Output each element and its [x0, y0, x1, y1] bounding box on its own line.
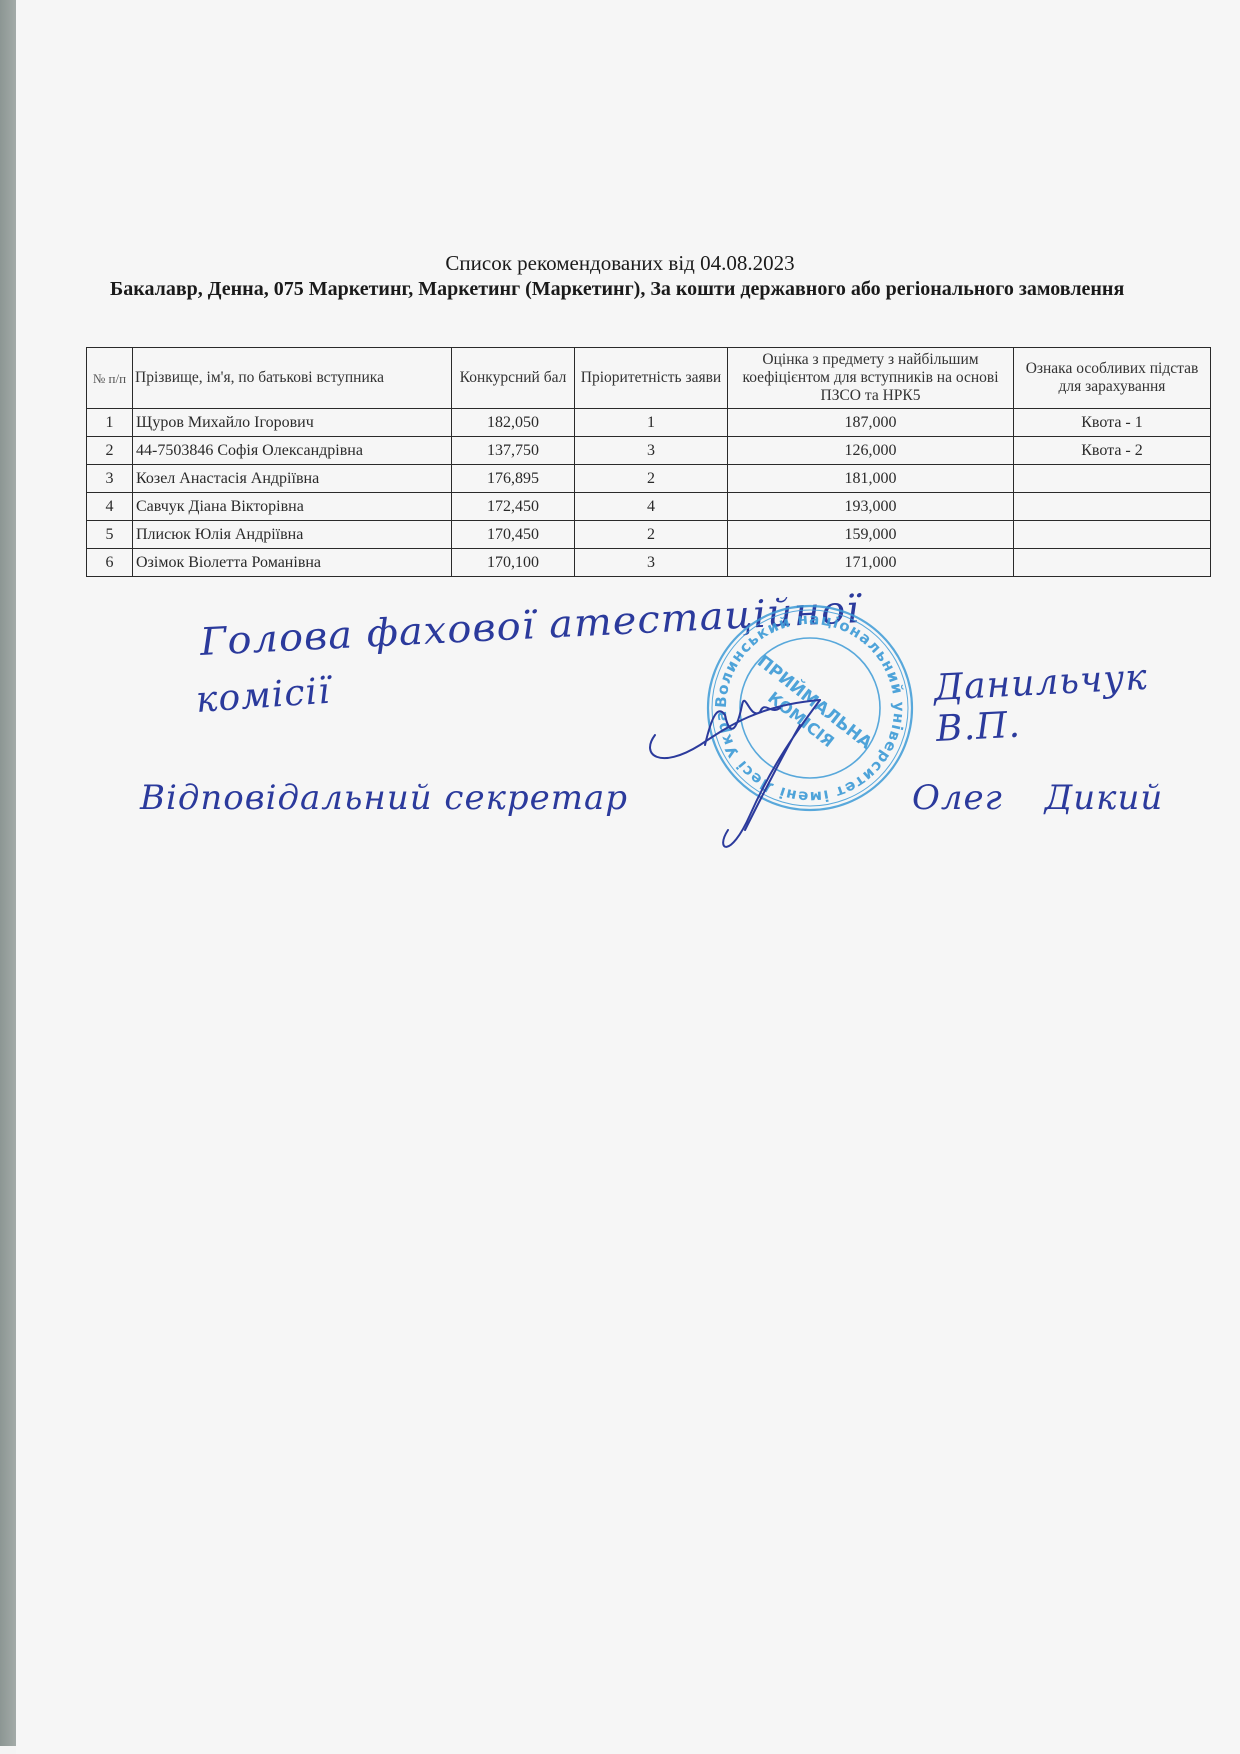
document-title: Список рекомендованих від 04.08.2023	[0, 250, 1240, 276]
header-name: Прізвище, ім'я, по батькові вступника	[133, 348, 452, 409]
row-subject-score: 126,000	[728, 437, 1014, 465]
secretary-name: Олег Дикий	[912, 778, 1163, 818]
header-subject-score: Оцінка з предмету з найбільшим коефіцієн…	[728, 348, 1014, 409]
row-special-grounds: Квота - 1	[1014, 409, 1211, 437]
row-priority: 2	[575, 521, 728, 549]
row-subject-score: 193,000	[728, 493, 1014, 521]
table-row: 6Озімок Віолетта Романівна170,1003171,00…	[87, 549, 1211, 577]
header-score: Конкурсний бал	[452, 348, 575, 409]
header-num: № п/п	[87, 348, 133, 409]
row-priority: 4	[575, 493, 728, 521]
table-row: 3Козел Анастасія Андріївна176,8952181,00…	[87, 465, 1211, 493]
row-special-grounds	[1014, 465, 1211, 493]
header-priority: Пріоритетність заяви	[575, 348, 728, 409]
row-subject-score: 187,000	[728, 409, 1014, 437]
row-name: Озімок Віолетта Романівна	[133, 549, 452, 577]
row-special-grounds	[1014, 493, 1211, 521]
table-row: 1Щуров Михайло Ігорович182,0501187,000Кв…	[87, 409, 1211, 437]
row-name: 44-7503846 Софія Олександрівна	[133, 437, 452, 465]
row-name: Плисюк Юлія Андріївна	[133, 521, 452, 549]
row-name: Савчук Діана Вікторівна	[133, 493, 452, 521]
chair-name: Данильчук В.П.	[933, 652, 1240, 750]
row-name: Щуров Михайло Ігорович	[133, 409, 452, 437]
table-row: 244-7503846 Софія Олександрівна137,75031…	[87, 437, 1211, 465]
row-priority: 3	[575, 549, 728, 577]
row-score: 176,895	[452, 465, 575, 493]
row-subject-score: 159,000	[728, 521, 1014, 549]
row-special-grounds: Квота - 2	[1014, 437, 1211, 465]
row-score: 172,450	[452, 493, 575, 521]
row-score: 137,750	[452, 437, 575, 465]
recommended-list-table: № п/п Прізвище, ім'я, по батькові вступн…	[86, 347, 1211, 577]
row-num: 3	[87, 465, 133, 493]
table-row: 5Плисюк Юлія Андріївна170,4502159,000	[87, 521, 1211, 549]
row-special-grounds	[1014, 521, 1211, 549]
row-num: 6	[87, 549, 133, 577]
row-score: 170,450	[452, 521, 575, 549]
secretary-label: Відповідальний секретар	[140, 778, 628, 818]
row-subject-score: 171,000	[728, 549, 1014, 577]
document-subtitle: Бакалавр, Денна, 075 Маркетинг, Маркетин…	[86, 275, 1216, 304]
row-num: 2	[87, 437, 133, 465]
row-num: 4	[87, 493, 133, 521]
row-score: 170,100	[452, 549, 575, 577]
table-row: 4Савчук Діана Вікторівна172,4504193,000	[87, 493, 1211, 521]
row-name: Козел Анастасія Андріївна	[133, 465, 452, 493]
row-num: 5	[87, 521, 133, 549]
row-num: 1	[87, 409, 133, 437]
row-priority: 3	[575, 437, 728, 465]
header-special-grounds: Ознака особливих підстав для зарахування	[1014, 348, 1211, 409]
row-priority: 1	[575, 409, 728, 437]
table-header-row: № п/п Прізвище, ім'я, по батькові вступн…	[87, 348, 1211, 409]
row-special-grounds	[1014, 549, 1211, 577]
row-subject-score: 181,000	[728, 465, 1014, 493]
row-priority: 2	[575, 465, 728, 493]
university-stamp: Волинський національний університет імен…	[704, 602, 916, 814]
row-score: 182,050	[452, 409, 575, 437]
